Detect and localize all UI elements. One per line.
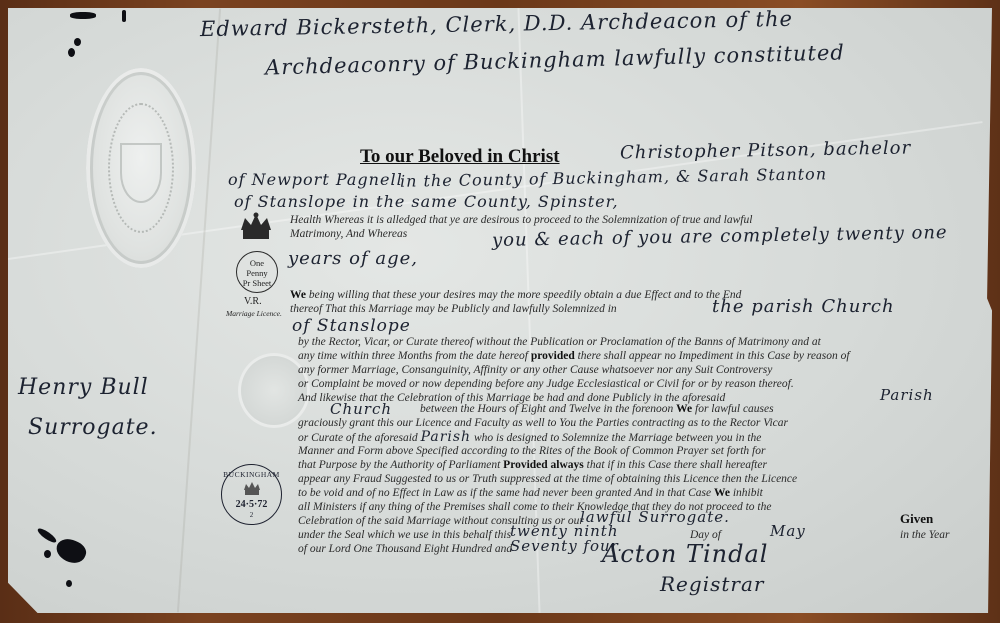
- ink-blot: [74, 38, 81, 46]
- bride-residence: of Stanslope in the same County, Spinste…: [234, 192, 619, 211]
- body-line: of our Lord One Thousand Eight Hundred a…: [298, 542, 512, 556]
- crown-icon: [237, 212, 275, 242]
- body-text: who is designed to Solemnize the Marriag…: [474, 432, 761, 444]
- crown-icon: [242, 481, 262, 496]
- body-text: to be void and of no Effect in Law as if…: [298, 487, 711, 499]
- body-line: any time within three Months from the da…: [298, 349, 850, 363]
- body-text: or Curate of the aforesaid: [298, 432, 418, 444]
- body-line: Manner and Form above Specified accordin…: [298, 444, 765, 458]
- ink-blot: [122, 10, 126, 22]
- body-line: to be void and of no Effect in Law as if…: [298, 486, 763, 500]
- whereas-line-2: Matrimony, And Whereas: [290, 227, 407, 241]
- hours-line: between the Hours of Eight and Twelve in…: [420, 402, 774, 416]
- whereas-line-1: Health Whereas it is alledged that ye ar…: [290, 213, 752, 227]
- one-penny-duty-stamp: One Penny Pr Sheet: [236, 251, 278, 293]
- postmark-town: BUCKINGHAM: [222, 470, 281, 479]
- parish-hand: Parish: [880, 386, 934, 404]
- willing-line-2: thereof That this Marriage may be Public…: [290, 302, 617, 316]
- stamp-label: Marriage Licence.: [226, 309, 282, 318]
- year-label: in the Year: [900, 528, 949, 542]
- postmark-date: 24·5·72: [222, 499, 281, 510]
- parish-hand: Parish: [421, 429, 472, 445]
- body-line: any former Marriage, Consanguinity, Affi…: [298, 363, 772, 377]
- gothic-provided-always: Provided always: [503, 459, 584, 471]
- church-name: the parish Church: [712, 296, 895, 317]
- body-text: inhibit: [733, 487, 763, 499]
- willing-text: being willing that these your desires ma…: [309, 289, 742, 301]
- church-place: of Stanslope: [292, 316, 411, 336]
- body-text: between the Hours of Eight and Twelve in…: [420, 403, 673, 415]
- surrogate-title: Surrogate.: [28, 415, 158, 440]
- ink-blot: [70, 12, 96, 19]
- body-line: under the Seal which we use in this beha…: [298, 528, 511, 542]
- body-line: by the Rector, Vicar, or Curate thereof …: [298, 335, 821, 349]
- ink-blot: [44, 550, 51, 558]
- body-line: that Purpose by the Authority of Parliam…: [298, 458, 767, 472]
- gothic-we: We: [714, 487, 730, 499]
- gothic-we: We: [290, 289, 306, 301]
- duty-stamp-text: Pr Sheet: [237, 278, 277, 288]
- body-text: that Purpose by the Authority of Parliam…: [298, 459, 500, 471]
- body-text: any time within three Months from the da…: [298, 350, 528, 362]
- willing-line-1: We being willing that these your desires…: [290, 288, 741, 302]
- registrar-signature: Acton Tindal: [602, 540, 768, 568]
- buckingham-postmark: BUCKINGHAM 24·5·72 2: [221, 464, 282, 525]
- body-text: that if in this Case there shall hereaft…: [587, 459, 767, 471]
- paper-crease: [177, 9, 221, 613]
- age-statement-2: years of age,: [288, 248, 418, 269]
- gothic-provided: provided: [531, 350, 575, 362]
- surrogate-signature: Henry Bull: [18, 375, 149, 400]
- given-word: Given: [900, 512, 933, 526]
- duty-stamp-text: One: [237, 258, 277, 268]
- body-line: graciously grant this our Licence and Fa…: [298, 416, 788, 430]
- licence-heading: To our Beloved in Christ: [360, 146, 560, 168]
- groom-residence: of Newport Pagnell: [228, 170, 403, 189]
- month-hand: May: [770, 522, 806, 540]
- body-text: for lawful causes: [695, 403, 774, 415]
- royal-cipher: V.R.: [244, 296, 262, 307]
- duty-stamp-text: Penny: [237, 268, 277, 278]
- gothic-we: We: [676, 403, 692, 415]
- ink-blot: [66, 580, 72, 587]
- body-text: there shall appear no Impediment in this…: [578, 350, 850, 362]
- registrar-title: Registrar: [660, 572, 764, 596]
- body-line: or Complaint be moved or now depending b…: [298, 377, 794, 391]
- ink-blot: [68, 48, 75, 57]
- body-line: appear any Fraud Suggested to us or Trut…: [298, 472, 797, 486]
- postmark-code: 2: [222, 511, 281, 519]
- embossed-archdeaconry-seal: [86, 68, 196, 268]
